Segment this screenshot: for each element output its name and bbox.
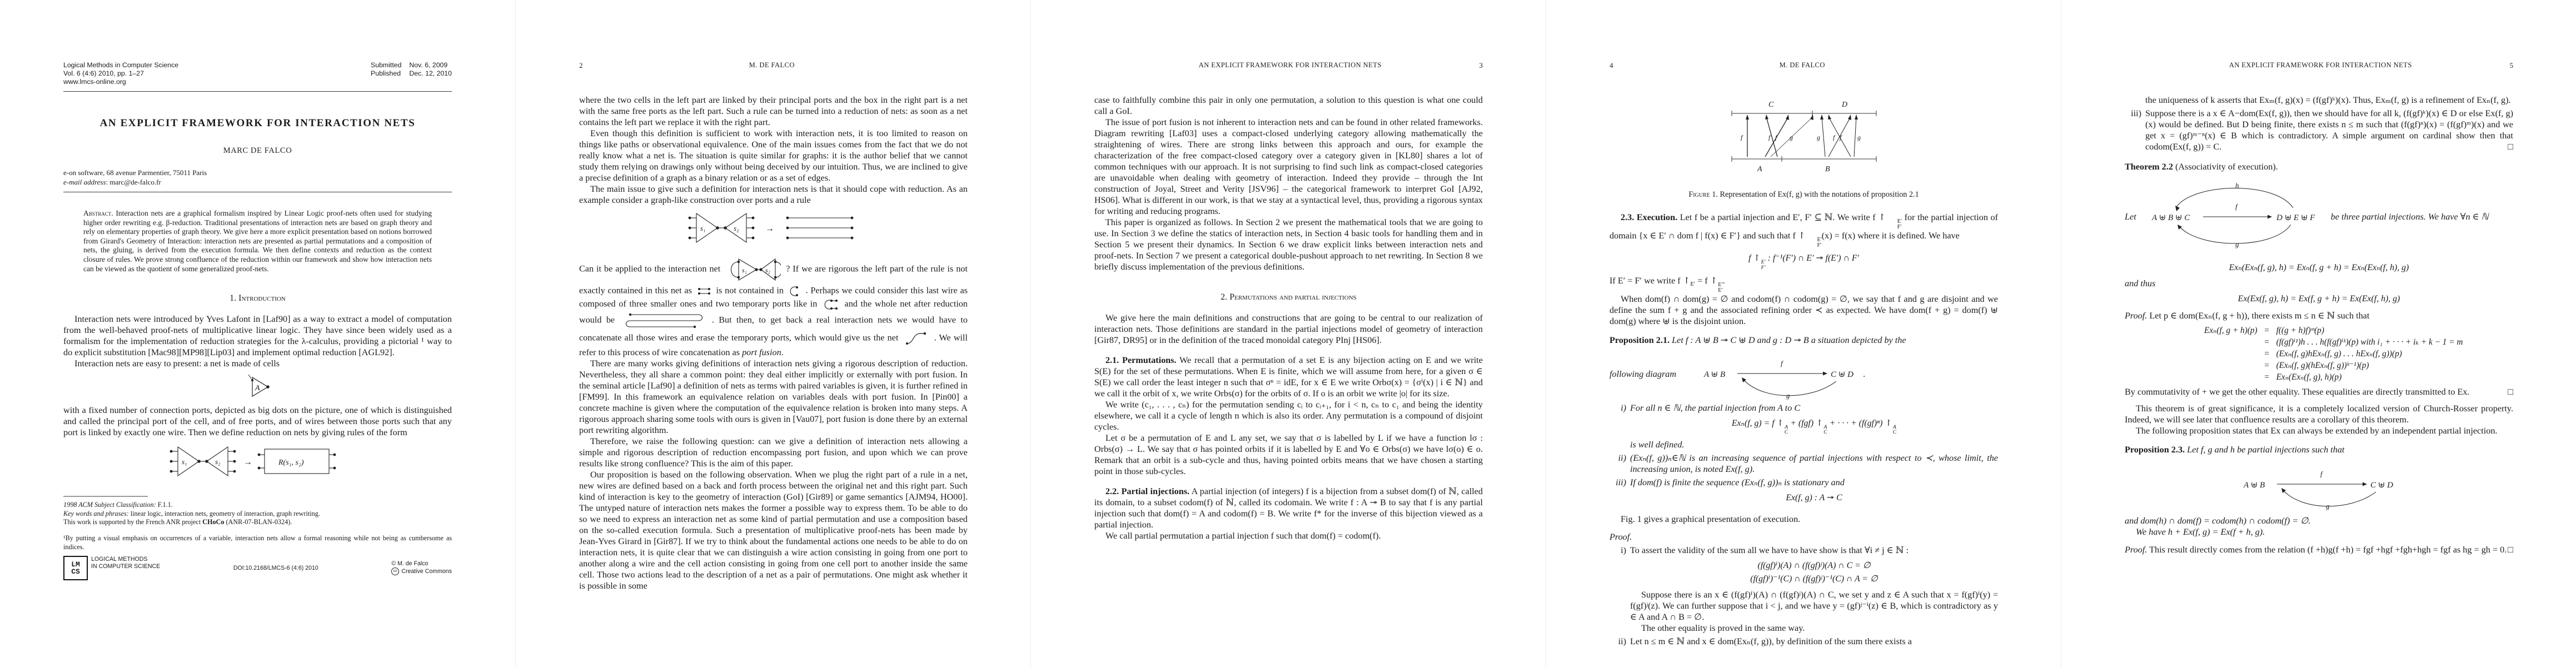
formula: + · · · + (f(gf)ⁿ) ↾ xyxy=(1827,419,1892,428)
prop-label: Proposition 2.1. xyxy=(1610,335,1670,345)
proof-2: Proof. Let p ∈ dom(Exₙ(f, g + h)), there… xyxy=(2125,310,2513,321)
proof-text: This result directly comes from the rela… xyxy=(2147,545,2507,555)
paragraph: There are many works giving definitions … xyxy=(579,358,968,436)
proof-text: To assert the validity of the sum all we… xyxy=(1630,545,1909,555)
doi[interactable]: DOI:10.2168/LMCS-6 (4:6) 2010 xyxy=(160,556,391,572)
proof-text: Let n ≤ m ∈ ℕ and x ∈ dom(Exₙ(f, g)), by… xyxy=(1630,636,1998,647)
figure-1-diagram: C D A B f f f g g f f g xyxy=(1726,97,1882,176)
text-run: If E′ = F′ we write f ↾ xyxy=(1610,276,1690,286)
s1-label: s₁ xyxy=(700,224,706,232)
journal-header: Logical Methods in Computer Science Vol.… xyxy=(63,0,452,86)
cell-figure: A xyxy=(63,374,452,400)
abstract-label: Abstract. xyxy=(83,209,113,217)
label-g: g xyxy=(1817,133,1820,141)
label-g: g xyxy=(1790,133,1793,141)
qed-box: □ xyxy=(2508,386,2513,397)
paragraph: Let σ be a permutation of E and L any se… xyxy=(1094,432,1483,477)
paragraph: The issue of port fusion is not inherent… xyxy=(1094,117,1483,217)
and-thus: and thus xyxy=(2125,278,2513,289)
paragraph: The main issue to give such a definition… xyxy=(579,183,968,206)
affiliation: e-on software, 68 avenue Parmentier, 750… xyxy=(63,168,452,177)
eq-rhs: (f(gf)ⁱ¹)h . . . h(f(gf)ⁱᵏ)(p) with i₁ +… xyxy=(2276,336,2463,348)
s2-label: s₂ xyxy=(215,457,221,466)
label-f: f xyxy=(1741,133,1743,141)
item-marker: iii) xyxy=(2125,108,2141,152)
label-g: g xyxy=(2326,502,2330,510)
footnotes: 1998 ACM Subject Classification: F.1.1. … xyxy=(63,496,452,551)
sub: F′ xyxy=(1886,225,1902,230)
item-text: is well defined. xyxy=(1630,440,1685,450)
label-f: f xyxy=(1781,359,1784,367)
display-formula: Ex(Ex(f, g), h) = Ex(f, g + h) = Ex(Ex(f… xyxy=(2125,293,2513,305)
item-text: (Exₙ(f, g))ₙ∈ℕ is an increasing sequence… xyxy=(1630,452,1998,475)
formula: f ↾ xyxy=(1748,253,1761,263)
proof-text: Let p ∈ dom(Exₙ(f, g + h)), there exists… xyxy=(2147,311,2369,321)
sub: F′ xyxy=(1761,265,1766,271)
author-name: MARC DE FALCO xyxy=(63,146,452,156)
execution-diagram: A ⊎ B C ⊎ D f g xyxy=(1696,349,1863,400)
abstract: Abstract. Interaction nets are a graphic… xyxy=(83,209,432,273)
eq-rhs: (Exₙ(f, g)hExₙ(f, g) . . . hExₙ(f, g))(p… xyxy=(2276,348,2402,360)
label-AB: A ⊎ B xyxy=(2243,481,2265,490)
diagram-lead-text: following diagram xyxy=(1610,369,1676,380)
label-DEF: D ⊎ E ⊎ F xyxy=(2276,213,2315,222)
logo-cs: CS xyxy=(71,568,80,575)
curved-wire-icon xyxy=(789,285,801,298)
project-name: CHoCo xyxy=(202,518,224,526)
prop-conclusion: We have h + Ex(f, g) = Ex(f + h, g). xyxy=(2125,526,2513,537)
paragraph: with a fixed number of connection ports,… xyxy=(63,405,452,438)
formula: + (fgf) ↾ xyxy=(1788,419,1823,428)
running-title: M. DE FALCO xyxy=(583,61,961,70)
proof-item-iii: iii) Suppose there is a x ∈ A−dom(Ex(f, … xyxy=(2125,108,2513,152)
proof-end: By commutativity of + we get the other e… xyxy=(2125,386,2513,397)
journal-url[interactable]: www.lmcs-online.org xyxy=(63,78,178,86)
footnote-rule xyxy=(63,496,148,497)
text-run: = f ↾ xyxy=(1695,276,1717,286)
section-2-heading: 2. Permutations and partial injections xyxy=(1094,292,1483,302)
paragraph: We write (c₁, . . . , cₙ) for the permut… xyxy=(1094,399,1483,432)
page-5: AN EXPLICIT FRAMEWORK FOR INTERACTION NE… xyxy=(2061,0,2576,667)
email-label: e-mail address xyxy=(63,178,106,186)
proof-continuation: the uniqueness of k asserts that Exₘ(f, … xyxy=(2145,94,2513,106)
label-B: B xyxy=(1825,165,1830,173)
two-wires-icon xyxy=(697,285,711,297)
paragraph: Interaction nets were introduced by Yves… xyxy=(63,313,452,358)
paragraph: Our proposition is based on the followin… xyxy=(579,469,968,591)
keywords-value: linear logic, interaction nets, geometry… xyxy=(129,510,320,517)
text-run: . xyxy=(781,347,784,357)
published-date: Dec. 12, 2010 xyxy=(409,69,452,78)
page-number: 3 xyxy=(1479,61,1483,70)
s1-label: s₁ xyxy=(182,457,187,466)
text-run: Can it be applied to the interaction net xyxy=(579,264,720,274)
proof-3: Proof. This result directly comes from t… xyxy=(2125,544,2513,555)
eq-sign: = xyxy=(2258,371,2276,383)
paragraph-with-figures: Can it be applied to the interaction net… xyxy=(579,255,968,358)
paragraph: When dom(f) ∩ dom(g) = ∅ and codom(f) ∩ … xyxy=(1610,293,1998,327)
theorem-2-2: Theorem 2.2 (Associativity of execution)… xyxy=(2125,161,2513,172)
section-1-heading: 1. Introduction xyxy=(63,293,452,303)
item-marker: ii) xyxy=(1610,636,1626,647)
page-2: 2 M. DE FALCO where the two cells in the… xyxy=(515,0,1031,667)
prop-condition: and dom(h) ∩ dom(f) = codom(h) ∩ codom(f… xyxy=(2125,515,2513,526)
running-head: AN EXPLICIT FRAMEWORK FOR INTERACTION NE… xyxy=(1094,0,1483,70)
paper-title: AN EXPLICIT FRAMEWORK FOR INTERACTION NE… xyxy=(63,117,452,130)
running-head: 2 M. DE FALCO xyxy=(579,0,968,70)
s-wire-icon xyxy=(904,330,929,347)
page-1: Logical Methods in Computer Science Vol.… xyxy=(0,0,515,667)
theorem-name: (Associativity of execution). xyxy=(2173,162,2278,172)
acm-label: 1998 ACM Subject Classification: xyxy=(63,501,156,509)
paragraph: case to faithfully combine this pair in … xyxy=(1094,94,1483,117)
page-footer: LM CS LOGICAL METHODS IN COMPUTER SCIENC… xyxy=(63,556,452,580)
label-D: D xyxy=(1841,101,1847,109)
running-head: AN EXPLICIT FRAMEWORK FOR INTERACTION NE… xyxy=(2125,0,2513,70)
proof-label: Proof. xyxy=(2125,545,2147,555)
label-C: C xyxy=(1768,101,1774,109)
sub: F′ xyxy=(1806,243,1821,248)
footnote-1: ¹By putting a visual emphasis on occurre… xyxy=(63,534,452,551)
aligned-equations: Exₙ(f, g + h)(p)=f((g + h)f)ᵐ(p) =(f(gf)… xyxy=(2175,325,2463,383)
display-formula: (f(gf)ⁱ)(A) ∩ (f(gf)ʲ)(A) ∩ C = ∅ xyxy=(1630,560,1998,571)
rhs-label: R(s₁, s₂) xyxy=(278,459,304,467)
figure-1-caption: Figure 1. Representation of Ex(f, g) wit… xyxy=(1610,190,1998,200)
arrow-label: → xyxy=(765,224,774,233)
label-f: f xyxy=(1840,133,1842,141)
text-run: . xyxy=(1723,276,1725,286)
cell-label: A xyxy=(255,384,260,392)
item-marker: i) xyxy=(1610,402,1626,450)
paragraph: Fig. 1 gives a graphical presentation of… xyxy=(1610,514,1998,525)
lmcs-name: LOGICAL METHODS IN COMPUTER SCIENCE xyxy=(91,556,160,570)
sub: E′ xyxy=(1690,281,1695,287)
page-number: 5 xyxy=(2510,61,2514,70)
paragraph: We give here the main definitions and co… xyxy=(1094,312,1483,346)
eq-sign: = xyxy=(2258,348,2276,360)
copyright-holder: M. de Falco xyxy=(397,560,428,567)
sub: C xyxy=(1823,430,1827,435)
period: . xyxy=(1863,369,1865,380)
proof-text: The other equality is proved in the same… xyxy=(1630,623,1998,634)
text-run: (x) = f(x) where it is defined. We have xyxy=(1822,231,1960,241)
page-4: 4 M. DE FALCO xyxy=(1546,0,2061,667)
paragraph: If E′ = F′ we write f ↾E′ = f ↾E′E′. xyxy=(1610,275,1998,293)
sub: C xyxy=(1893,430,1897,435)
label-ABC: A ⊎ B ⊎ C xyxy=(2151,213,2190,222)
sub: E′ xyxy=(1718,288,1722,293)
support-text: This work is supported by the French ANR… xyxy=(63,518,202,526)
subsection-2-2: 2.2. Partial injections. A partial injec… xyxy=(1094,486,1483,530)
paragraph: The following proposition states that Ex… xyxy=(2125,425,2513,436)
label-f: f xyxy=(2235,202,2239,211)
qed-box: □ xyxy=(2508,544,2513,555)
theorem-diagram-row: Let A ⊎ B ⊎ C D ⊎ E ⊎ F f h g be three p… xyxy=(2125,176,2513,258)
label-AB: A ⊎ B xyxy=(1703,370,1725,379)
eq-lhs: Exₙ(f, g + h)(p) xyxy=(2175,325,2258,336)
page-3: AN EXPLICIT FRAMEWORK FOR INTERACTION NE… xyxy=(1030,0,1546,667)
paragraph: This theorem is of great significance, i… xyxy=(2125,403,2513,425)
qed-box: □ xyxy=(2508,141,2513,152)
text-run: is not contained in xyxy=(716,286,784,296)
paragraph: This paper is organized as follows. In S… xyxy=(1094,217,1483,272)
prop-text: Let f : A ⊎ B ↠ C ⊎ D and g : D ↠ B a si… xyxy=(1670,335,1906,345)
s2-label: s₂ xyxy=(765,266,770,274)
s2-label: s₂ xyxy=(734,224,739,232)
subsection-label: 2.3. Execution. xyxy=(1621,212,1677,222)
screenshot-root: { "figures": { "f":"f","g":"g","h":"h","… xyxy=(0,0,2576,667)
term-port-fusion: port fusion xyxy=(742,347,781,357)
acm-value: F.1.1. xyxy=(156,501,173,509)
prop-2-3-diagram: A ⊎ B C ⊎ D f g xyxy=(2125,460,2513,511)
item-text: For all n ∈ ℕ, the partial injection fro… xyxy=(1630,403,1800,413)
display-formula: (f(gf)ⁱ)⁻¹(C) ∩ (f(gf)ʲ)⁻¹(C) ∩ A = ∅ xyxy=(1630,574,1998,585)
subsection-2-1: 2.1. Permutations. We recall that a perm… xyxy=(1094,355,1483,399)
running-title: M. DE FALCO xyxy=(1613,61,1992,70)
execution-diagram: A ⊎ B C ⊎ D f g xyxy=(2236,460,2403,511)
caption-text: Representation of Ex(f, g) with the nota… xyxy=(1718,190,1919,199)
net-inline-figure: s₁ s₂ xyxy=(725,255,781,285)
lmcs-logo: LM CS xyxy=(63,556,88,580)
lmcs-name-line2: IN COMPUTER SCIENCE xyxy=(91,563,160,570)
prop-label: Proposition 2.3. xyxy=(2125,445,2185,455)
support-grant: (ANR-07-BLAN-0324). xyxy=(224,518,292,526)
header-rule xyxy=(63,91,452,92)
proof-label: Proof. xyxy=(1610,531,1998,542)
eq-rhs: (Exₙ(f, g)(hExₙ(f, g))ᵏ⁻¹)(p) xyxy=(2276,360,2369,371)
figure-1: C D A B f f f g g f f g xyxy=(1610,97,1998,176)
proposition-2-1: Proposition 2.1. Let f : A ⊎ B ↠ C ⊎ D a… xyxy=(1610,335,1998,346)
item-i: i) For all n ∈ ℕ, the partial injection … xyxy=(1610,402,1998,450)
submitted-label: Submitted xyxy=(371,61,401,69)
split-wire-icon xyxy=(823,298,839,311)
license-block: © M. de Falco ccCreative Commons xyxy=(391,556,452,575)
email-value[interactable]: : marc@de-falco.fr xyxy=(106,178,161,186)
eq-sign: = xyxy=(2258,360,2276,371)
running-title: AN EXPLICIT FRAMEWORK FOR INTERACTION NE… xyxy=(2131,61,2510,70)
label-h: h xyxy=(2235,181,2239,190)
item-ii: ii) (Exₙ(f, g))ₙ∈ℕ is an increasing sequ… xyxy=(1610,452,1998,475)
display-formula: f ↾E′F′ : f⁻¹(F′) ∩ E′ ↠ f(E′) ∩ F′ xyxy=(1610,253,1998,270)
copyright-icon: © xyxy=(391,560,396,567)
label-f: f xyxy=(2320,470,2324,478)
proof-text: Suppose there is a x ∈ A−dom(Ex(f, g)), … xyxy=(2145,108,2513,152)
prop-text: Let f, g and h be partial injections suc… xyxy=(2185,445,2344,455)
text-run: Let f be a partial injection and E′, F′ … xyxy=(1677,212,1886,222)
running-title: AN EXPLICIT FRAMEWORK FOR INTERACTION NE… xyxy=(1101,61,1479,70)
display-formula: Exₙ(f, g) = f ↾AC + (fgf) ↾AC + · · · + … xyxy=(1630,418,1998,435)
proof-label: Proof. xyxy=(2125,311,2147,321)
sub: C xyxy=(1785,430,1788,435)
theorem-text: be three partial injections. We have ∀n … xyxy=(2331,211,2513,222)
paragraph: We call partial permutation a partial in… xyxy=(1094,530,1483,541)
eq-rhs: Exₙ(Exₙ(f, g), h)(p) xyxy=(2276,371,2342,383)
rule2-figure: s₁ s₂ → xyxy=(579,210,968,250)
affiliation-block: e-on software, 68 avenue Parmentier, 750… xyxy=(63,168,452,187)
submitted-date: Nov. 6, 2009 xyxy=(409,61,452,69)
title-rule xyxy=(63,192,452,192)
item-marker: ii) xyxy=(1610,452,1626,475)
label-f: f xyxy=(1833,133,1836,141)
proof-item-ii: ii) Let n ≤ m ∈ ℕ and x ∈ dom(Exₙ(f, g))… xyxy=(1610,636,1998,647)
text-run: By commutativity of + we get the other e… xyxy=(2125,387,2469,397)
label-CD: C ⊎ D xyxy=(2370,481,2393,490)
cc-icon: cc xyxy=(391,568,399,575)
cc-text[interactable]: Creative Commons xyxy=(401,568,452,575)
proof-text: Suppose there is an x ∈ (f(gf)ⁱ)(A) ∩ (f… xyxy=(1630,589,1998,623)
caption-label: Figure 1. xyxy=(1688,190,1718,199)
display-formula: Ex(f, g) : A ↠ C xyxy=(1630,492,1998,504)
item-marker: iii) xyxy=(1610,477,1626,508)
lmcs-name-line1: LOGICAL METHODS xyxy=(91,556,160,563)
formula: : f⁻¹(F′) ∩ E′ ↠ f(E′) ∩ F′ xyxy=(1766,253,1859,263)
keywords-label: Key words and phrases: xyxy=(63,510,129,517)
label-g: g xyxy=(2235,240,2239,248)
journal-volume: Vol. 6 (4:6) 2010, pp. 1–27 xyxy=(63,69,178,78)
label-g: g xyxy=(1786,391,1790,400)
rule-figure: s₁ s₂ → R(s₁, s₂) xyxy=(63,442,452,485)
associativity-diagram: A ⊎ B ⊎ C D ⊎ E ⊎ F f h g xyxy=(2142,176,2325,258)
long-wires-figure xyxy=(621,311,705,330)
rule-diagram: s₁ s₂ → R(s₁, s₂) xyxy=(163,442,352,485)
let-text: Let xyxy=(2125,212,2136,222)
s1-label: s₁ xyxy=(742,266,747,274)
eq-rhs: f((g + h)f)ᵐ(p) xyxy=(2276,325,2324,336)
running-head: 4 M. DE FALCO xyxy=(1610,0,1998,70)
published-label: Published xyxy=(371,69,401,78)
label-A: A xyxy=(1757,165,1762,173)
formula: Exₙ(f, g) = f ↾ xyxy=(1732,419,1784,428)
item-marker: i) xyxy=(1610,545,1626,634)
rule2-diagram: s₁ s₂ → xyxy=(682,210,865,250)
paragraph: where the two cells in the left part are… xyxy=(579,94,968,128)
label-CD: C ⊎ D xyxy=(1831,370,1853,379)
journal-name: Logical Methods in Computer Science xyxy=(63,61,178,69)
theorem-label: Theorem 2.2 xyxy=(2125,162,2173,172)
item-iii: iii) If dom(f) is finite the sequence (E… xyxy=(1610,477,1998,508)
cell-diagram: A xyxy=(241,374,275,400)
eq-sign: = xyxy=(2258,325,2276,336)
journal-info: Logical Methods in Computer Science Vol.… xyxy=(63,61,178,86)
proposition-2-3: Proposition 2.3. Let f, g and h be parti… xyxy=(2125,444,2513,455)
prop-2-1-diagram-row: following diagram A ⊎ B C ⊎ D f g . xyxy=(1610,349,1998,400)
subsection-2-3: 2.3. Execution. Let f be a partial injec… xyxy=(1610,212,1998,248)
paragraph: Therefore, we raise the following questi… xyxy=(579,436,968,469)
arrow-label: → xyxy=(243,457,252,467)
label-g: g xyxy=(1857,133,1861,141)
item-text: If dom(f) is finite the sequence (Exₙ(f,… xyxy=(1630,477,1845,487)
abstract-text: Interaction nets are a graphical formali… xyxy=(83,209,432,273)
eq-sign: = xyxy=(2258,336,2276,348)
paragraph: Even though this definition is sufficien… xyxy=(579,128,968,183)
text-run: Suppose there is a x ∈ A−dom(Ex(f, g)), … xyxy=(2145,108,2513,152)
paragraph: Interaction nets are easy to present: a … xyxy=(63,358,452,369)
proof-item-i: i) To assert the validity of the sum all… xyxy=(1610,545,1998,634)
submission-dates: Submitted Nov. 6, 2009 Published Dec. 12… xyxy=(371,61,452,78)
display-formula: Exₙ(Exₙ(f, g), h) = Exₙ(f, g + h) = Exₙ(… xyxy=(2125,262,2513,273)
subsection-label: 2.1. Permutations. xyxy=(1105,355,1177,365)
label-f: f xyxy=(1775,133,1778,141)
subsection-label: 2.2. Partial injections. xyxy=(1105,486,1189,496)
